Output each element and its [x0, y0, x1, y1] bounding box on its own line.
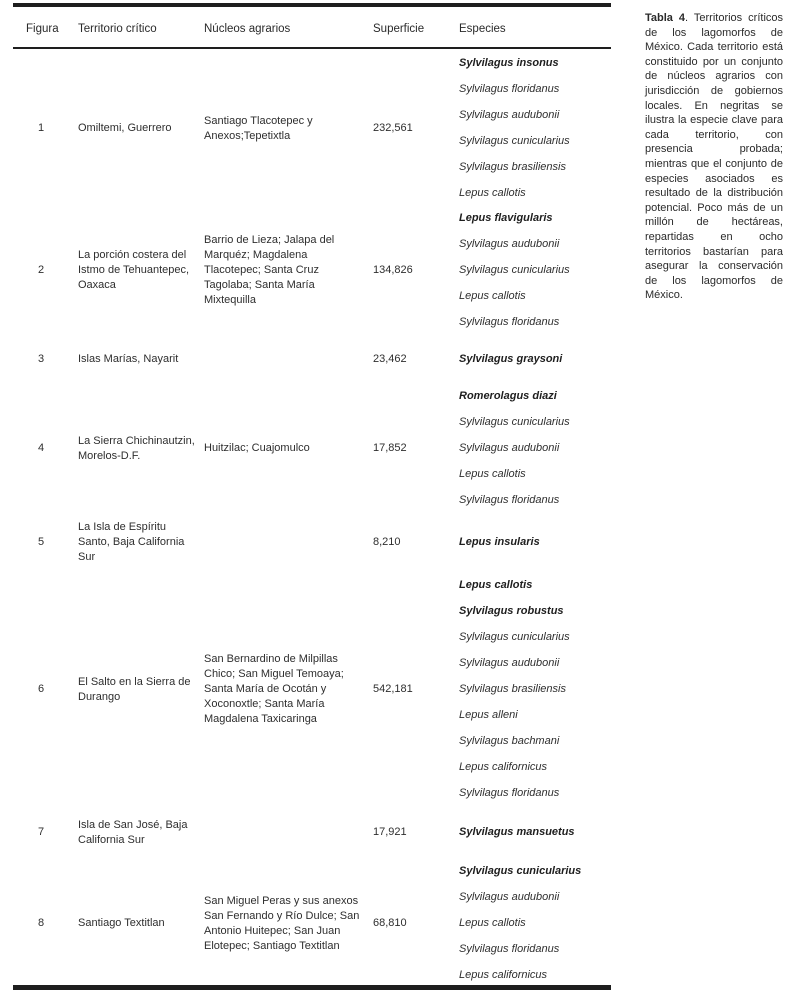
species-associated: Sylvilagus floridanus: [459, 786, 559, 801]
cell-superficie: 232,561: [373, 121, 413, 136]
cell-figura: 3: [38, 352, 44, 367]
species-associated: Lepus callotis: [459, 289, 526, 304]
species-key: Sylvilagus graysoni: [459, 352, 562, 367]
table-top-rule: [13, 3, 611, 7]
cell-figura: 1: [38, 121, 44, 136]
cell-territorio: El Salto en la Sierra de Durango: [78, 675, 198, 705]
species-key: Sylvilagus cunicularius: [459, 864, 581, 879]
cell-superficie: 17,921: [373, 825, 407, 840]
species-associated: Lepus callotis: [459, 916, 526, 931]
species-associated: Sylvilagus audubonii: [459, 108, 559, 123]
species-associated: Sylvilagus bachmani: [459, 734, 559, 749]
species-associated: Lepus callotis: [459, 186, 526, 201]
species-associated: Sylvilagus cunicularius: [459, 415, 570, 430]
cell-superficie: 542,181: [373, 682, 413, 697]
cell-territorio: Isla de San José, Baja California Sur: [78, 818, 198, 848]
species-associated: Sylvilagus audubonii: [459, 237, 559, 252]
species-associated: Sylvilagus brasiliensis: [459, 682, 566, 697]
cell-nucleos: San Bernardino de Milpillas Chico; San M…: [204, 652, 364, 727]
cell-superficie: 23,462: [373, 352, 407, 367]
cell-territorio: Islas Marías, Nayarit: [78, 352, 198, 367]
cell-territorio: La Isla de Espíritu Santo, Baja Californ…: [78, 520, 198, 565]
cell-figura: 4: [38, 441, 44, 456]
cell-superficie: 8,210: [373, 535, 401, 550]
cell-territorio: Omiltemi, Guerrero: [78, 121, 198, 136]
table-caption: Tabla 4. Territorios críticos de los lag…: [645, 11, 783, 303]
species-associated: Sylvilagus brasiliensis: [459, 160, 566, 175]
species-associated: Sylvilagus audubonii: [459, 890, 559, 905]
species-associated: Sylvilagus cunicularius: [459, 134, 570, 149]
species-associated: Sylvilagus cunicularius: [459, 263, 570, 278]
header-territorio: Territorio crítico: [78, 21, 157, 37]
caption-text: . Territorios críticos de los lagomorfos…: [645, 12, 783, 301]
cell-nucleos: Santiago Tlacotepec y Anexos;Tepetixtla: [204, 114, 364, 144]
cell-figura: 2: [38, 263, 44, 278]
species-associated: Sylvilagus floridanus: [459, 942, 559, 957]
species-key: Lepus insularis: [459, 535, 540, 550]
species-associated: Sylvilagus audubonii: [459, 656, 559, 671]
cell-figura: 6: [38, 682, 44, 697]
header-nucleos: Núcleos agrarios: [204, 21, 290, 37]
cell-figura: 7: [38, 825, 44, 840]
cell-nucleos: Barrio de Lieza; Jalapa del Marquéz; Mag…: [204, 233, 364, 308]
cell-territorio: La porción costera del Istmo de Tehuante…: [78, 248, 198, 293]
species-associated: Sylvilagus audubonii: [459, 441, 559, 456]
species-associated: Lepus alleni: [459, 708, 518, 723]
header-rule: [13, 47, 611, 49]
cell-figura: 8: [38, 916, 44, 931]
species-associated: Sylvilagus floridanus: [459, 82, 559, 97]
cell-territorio: Santiago Textitlan: [78, 916, 198, 931]
cell-nucleos: San Miguel Peras y sus anexos San Fernan…: [204, 894, 364, 954]
header-especies: Especies: [459, 21, 506, 37]
species-key: Lepus callotis: [459, 578, 532, 593]
cell-territorio: La Sierra Chichinautzin, Morelos-D.F.: [78, 434, 198, 464]
header-superficie: Superficie: [373, 21, 424, 37]
species-associated: Sylvilagus cunicularius: [459, 630, 570, 645]
species-associated: Lepus callotis: [459, 467, 526, 482]
species-associated: Lepus californicus: [459, 760, 547, 775]
species-associated: Sylvilagus floridanus: [459, 315, 559, 330]
cell-superficie: 68,810: [373, 916, 407, 931]
species-key: Sylvilagus insonus: [459, 56, 559, 71]
cell-figura: 5: [38, 535, 44, 550]
cell-superficie: 17,852: [373, 441, 407, 456]
cell-superficie: 134,826: [373, 263, 413, 278]
species-key: Sylvilagus mansuetus: [459, 825, 575, 840]
table-bottom-rule: [13, 985, 611, 990]
species-key: Sylvilagus robustus: [459, 604, 564, 619]
species-associated: Sylvilagus floridanus: [459, 493, 559, 508]
species-associated: Lepus californicus: [459, 968, 547, 983]
cell-nucleos: Huitzilac; Cuajomulco: [204, 441, 364, 456]
header-figura: Figura: [26, 21, 59, 37]
species-key: Romerolagus diazi: [459, 389, 557, 404]
caption-label: Tabla 4: [645, 12, 685, 24]
species-key: Lepus flavigularis: [459, 211, 553, 226]
